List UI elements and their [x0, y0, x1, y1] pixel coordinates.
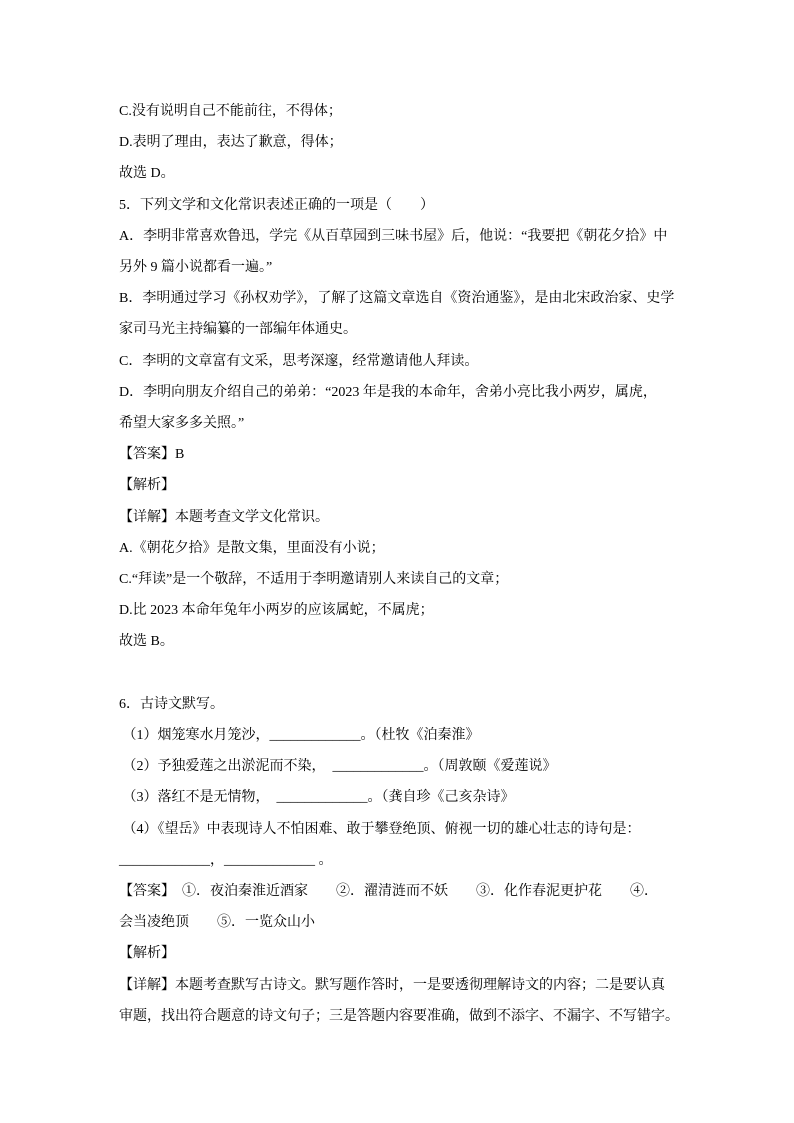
q5-option-c: C．李明的文章富有文采，思考深邃，经常邀请他人拜读。 [119, 346, 679, 377]
q5-option-d-line1: D．李明向朋友介绍自己的弟弟：“2023 年是我的本命年，舍弟小亮比我小两岁，属… [119, 377, 679, 408]
q5-conclusion: 故选 B。 [119, 626, 679, 657]
q5-explanation-intro: 【详解】本题考查文学文化常识。 [119, 502, 679, 533]
q5-explanation-c: C.“拜读”是一个敬辞，不适用于李明邀请别人来读自己的文章； [119, 564, 679, 595]
q6-answer-line2: 会当凌绝顶 ⑤．一览众山小 [119, 907, 679, 938]
q6-analysis-label: 【解析】 [119, 938, 679, 969]
q5-answer: 【答案】B [119, 439, 679, 470]
q4-analysis-option-d: D.表明了理由，表达了歉意，得体； [119, 127, 679, 158]
q4-conclusion: 故选 D。 [119, 158, 679, 189]
q5-option-a-line2: 另外 9 篇小说都看一遍。” [119, 252, 679, 283]
q6-item-2: （2）予独爱莲之出淤泥而不染， _____________。（周敦颐《爱莲说》 [119, 751, 679, 782]
q4-analysis-option-c: C.没有说明自己不能前往，不得体； [119, 96, 679, 127]
q5-option-d-line2: 希望大家多多关照。” [119, 408, 679, 439]
document-body: C.没有说明自己不能前往，不得体；D.表明了理由，表达了歉意，得体；故选 D。5… [119, 96, 679, 1032]
q5-option-b-line2: 家司马光主持编纂的一部编年体通史。 [119, 314, 679, 345]
q5-explanation-d: D.比 2023 本命年兔年小两岁的应该属蛇，不属虎； [119, 595, 679, 626]
q5-option-a-line1: A．李明非常喜欢鲁迅，学完《从百草园到三味书屋》后，他说：“我要把《朝花夕拾》中 [119, 221, 679, 252]
q5-stem: 5．下列文学和文化常识表述正确的一项是（ ） [119, 190, 679, 221]
q6-item-1: （1）烟笼寒水月笼沙，_____________。（杜牧《泊秦淮》 [119, 720, 679, 751]
q6-explanation-line1: 【详解】本题考查默写古诗文。默写题作答时，一是要透彻理解诗文的内容；二是要认真 [119, 970, 679, 1001]
q6-item-3: （3）落红不是无情物， _____________。（龚自珍《己亥杂诗》 [119, 782, 679, 813]
q6-explanation-line2: 审题，找出符合题意的诗文句子；三是答题内容要准确，做到不添字、不漏字、不写错字。 [119, 1001, 679, 1032]
q6-stem: 6．古诗文默写。 [119, 689, 679, 720]
q6-answer-line1: 【答案】 ①．夜泊秦淮近酒家 ②．濯清涟而不妖 ③．化作春泥更护花 ④． [119, 876, 679, 907]
q5-option-b-line1: B．李明通过学习《孙权劝学》，了解了这篇文章选自《资治通鉴》，是由北宋政治家、史… [119, 283, 679, 314]
q6-item-4-blanks: _____________，_____________ 。 [119, 845, 679, 876]
q6-item-4: （4）《望岳》中表现诗人不怕困难、敢于攀登绝顶、俯视一切的雄心壮志的诗句是： [119, 814, 679, 845]
q5-explanation-a: A.《朝花夕拾》是散文集，里面没有小说； [119, 533, 679, 564]
q5-analysis-label: 【解析】 [119, 470, 679, 501]
document-page: C.没有说明自己不能前往，不得体；D.表明了理由，表达了歉意，得体；故选 D。5… [0, 0, 794, 1123]
spacer [119, 658, 679, 689]
